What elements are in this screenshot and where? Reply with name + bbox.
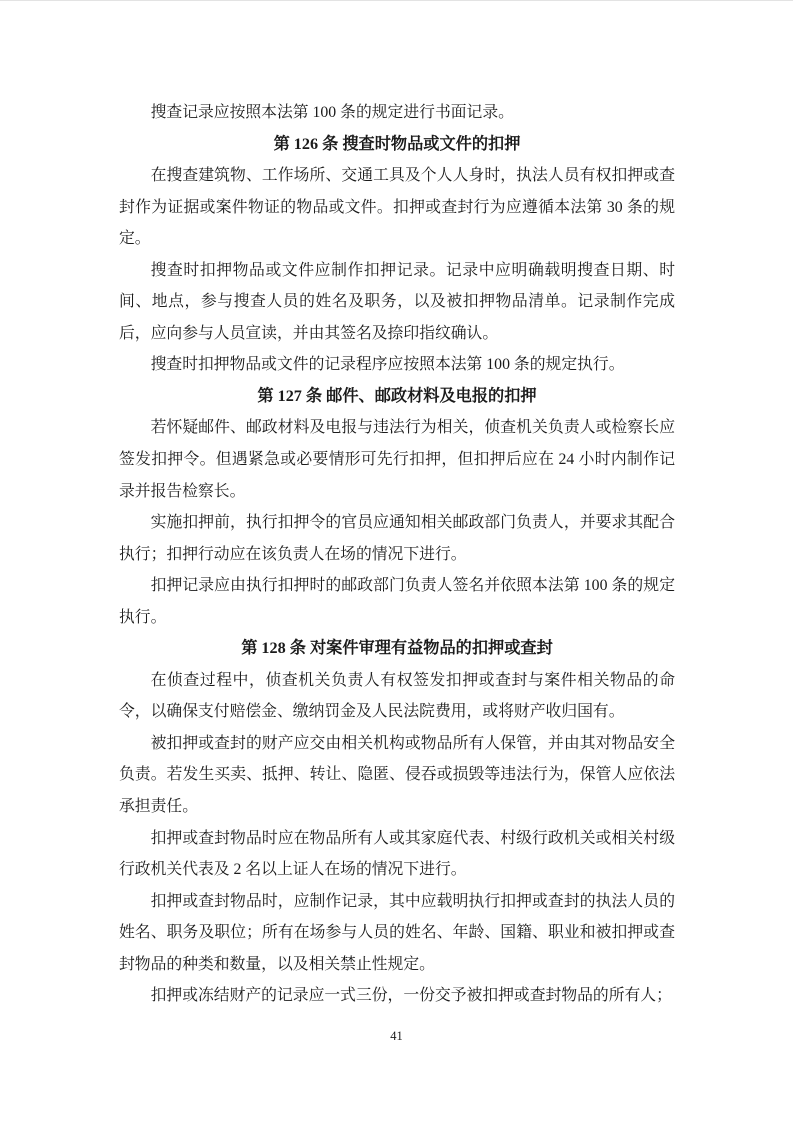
paragraph: 在侦查过程中，侦查机关负责人有权签发扣押或查封与案件相关物品的命令，以确保支付赔… [119, 665, 675, 728]
paragraph: 在搜查建筑物、工作场所、交通工具及个人人身时，执法人员有权扣押或查封作为证据或案… [119, 160, 675, 255]
section-heading: 第 127 条 邮件、邮政材料及电报的扣押 [119, 381, 675, 413]
section-heading: 第 128 条 对案件审理有益物品的扣押或查封 [119, 633, 675, 665]
document-page: 搜查记录应按照本法第 100 条的规定进行书面记录。第 126 条 搜查时物品或… [0, 0, 793, 1122]
paragraph: 实施扣押前，执行扣押令的官员应通知相关邮政部门负责人，并要求其配合执行；扣押行动… [119, 507, 675, 570]
paragraph: 搜查时扣押物品或文件的记录程序应按照本法第 100 条的规定执行。 [119, 349, 675, 381]
paragraph: 搜查时扣押物品或文件应制作扣押记录。记录中应明确载明搜查日期、时间、地点，参与搜… [119, 255, 675, 350]
paragraph: 被扣押或查封的财产应交由相关机构或物品所有人保管，并由其对物品安全负责。若发生买… [119, 728, 675, 823]
paragraph: 扣押或查封物品时应在物品所有人或其家庭代表、村级行政机关或相关村级行政机关代表及… [119, 823, 675, 886]
paragraph: 若怀疑邮件、邮政材料及电报与违法行为相关，侦查机关负责人或检察长应签发扣押令。但… [119, 412, 675, 507]
paragraph: 搜查记录应按照本法第 100 条的规定进行书面记录。 [119, 97, 675, 129]
section-heading: 第 126 条 搜查时物品或文件的扣押 [119, 129, 675, 161]
paragraph: 扣押或查封物品时，应制作记录，其中应载明执行扣押或查封的执法人员的姓名、职务及职… [119, 886, 675, 981]
paragraph: 扣押或冻结财产的记录应一式三份，一份交予被扣押或查封物品的所有人； [119, 980, 675, 1012]
document-body: 搜查记录应按照本法第 100 条的规定进行书面记录。第 126 条 搜查时物品或… [119, 97, 675, 1012]
paragraph: 扣押记录应由执行扣押时的邮政部门负责人签名并依照本法第 100 条的规定执行。 [119, 570, 675, 633]
page-number: 41 [0, 1029, 793, 1044]
